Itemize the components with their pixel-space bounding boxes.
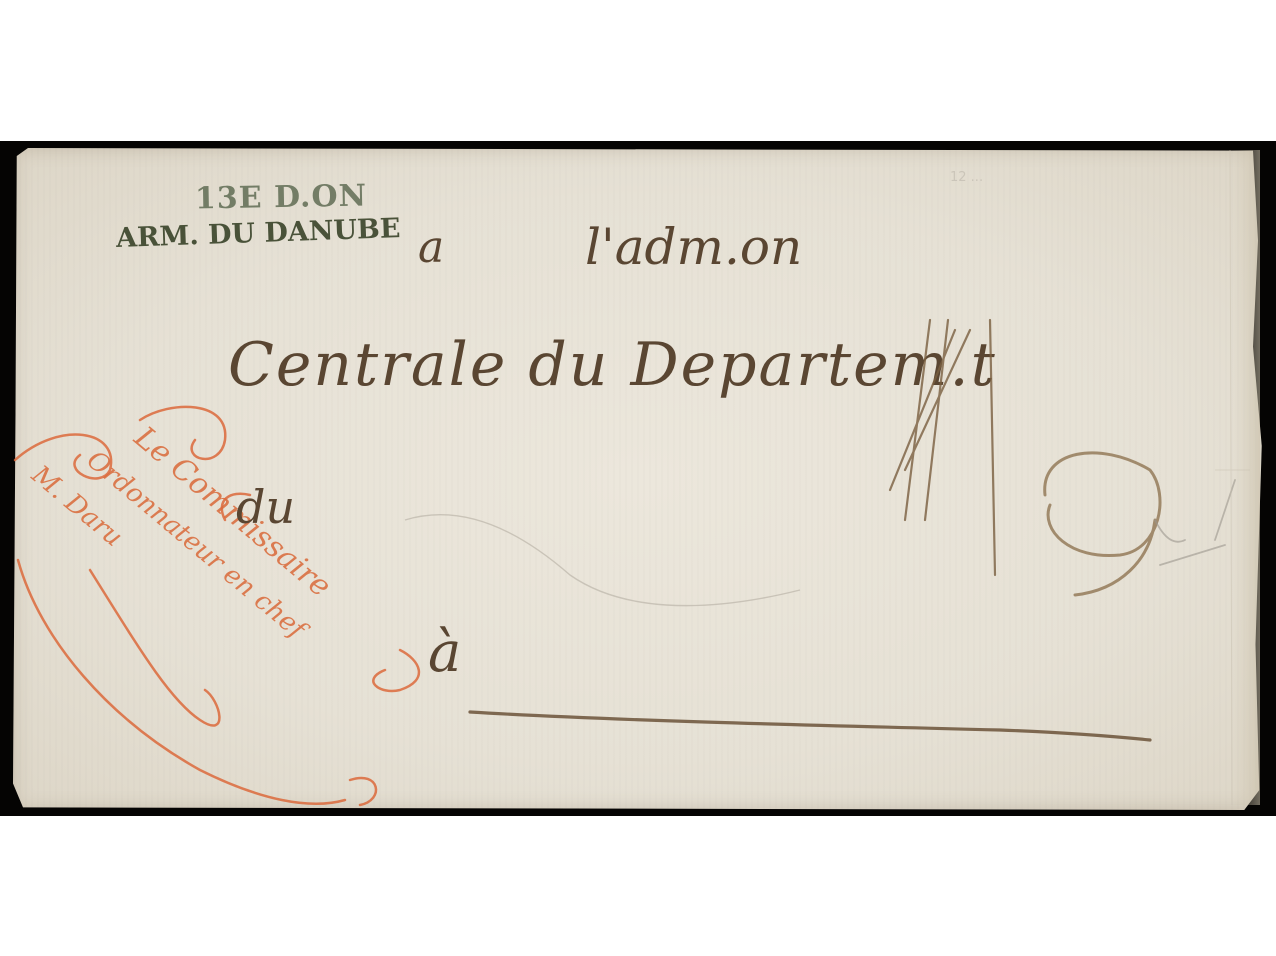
address-line-1: l'adm.on xyxy=(585,218,802,276)
photo-stage: 13E D.ON ARM. DU DANUBE 12 ... Le Commis… xyxy=(0,0,1276,956)
postmark-division-line: 13E D.ON xyxy=(195,179,368,217)
pencil-notation: 12 ... xyxy=(950,170,983,185)
address-prefix: a xyxy=(418,222,444,273)
address-line-3: du xyxy=(236,480,295,534)
address-line-2: Centrale du Departem.t xyxy=(228,330,997,400)
folded-edge xyxy=(1232,150,1260,805)
address-line-4: à xyxy=(428,620,461,685)
